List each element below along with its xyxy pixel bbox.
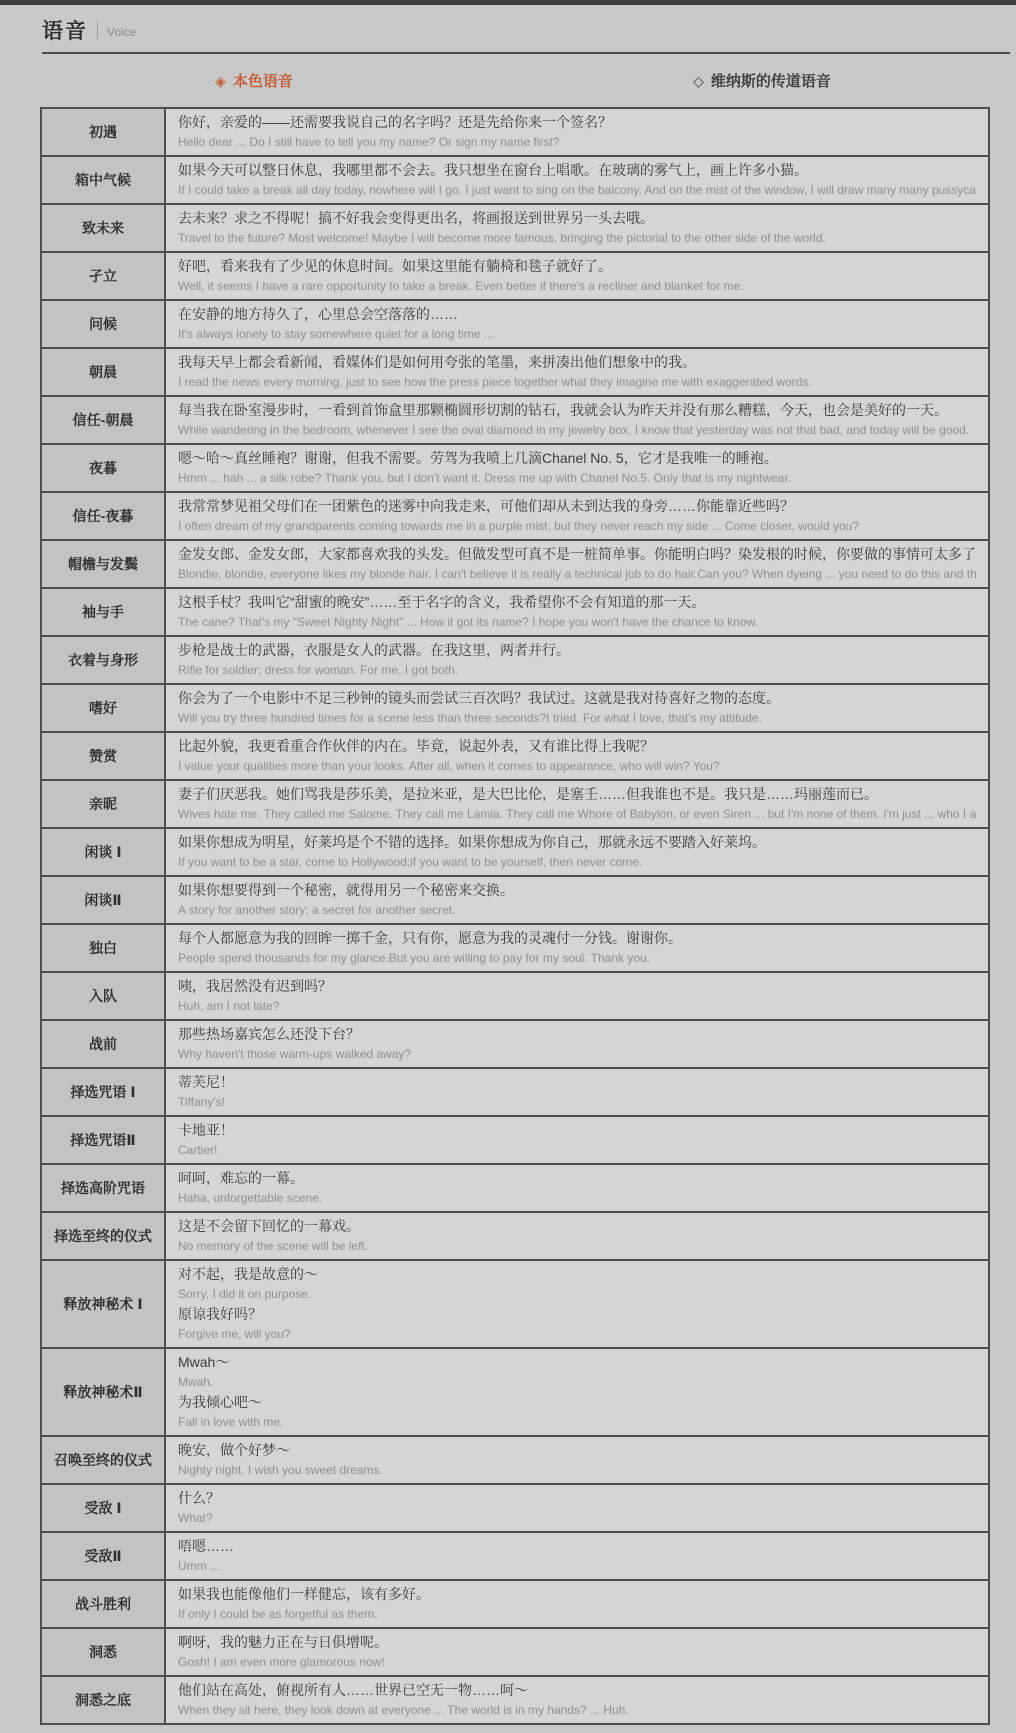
line-en: What?: [178, 1509, 976, 1528]
row-content: 卡地亚！Cartier!: [165, 1116, 989, 1164]
page-top-bar: [0, 0, 1016, 5]
table-row: 信任-夜暮 我常常梦见祖父母们在一团紫色的迷雾中向我走来，可他们却从未到达我的身…: [41, 492, 989, 540]
line-en: It's always lonely to stay somewhere qui…: [178, 325, 976, 344]
line-zh: 如果你想要得到一个秘密，就得用另一个秘密来交换。: [178, 880, 976, 901]
line-zh: 什么？: [178, 1488, 976, 1509]
line-en: No memory of the scene will be left.: [178, 1237, 976, 1256]
row-label: 亲昵: [41, 780, 165, 828]
row-label: 孑立: [41, 252, 165, 300]
line-en: People spend thousands for my glance.But…: [178, 949, 976, 968]
row-label: 召唤至终的仪式: [41, 1436, 165, 1484]
table-row: 入队 咦，我居然没有迟到吗？Huh, am I not late?: [41, 972, 989, 1020]
line-zh: 好吧，看来我有了少见的休息时间。如果这里能有躺椅和毯子就好了。: [178, 256, 976, 277]
table-row: 闲谈 Ⅰ 如果你想成为明星，好莱坞是个不错的选择。如果你想成为你自己，那就永远不…: [41, 828, 989, 876]
line-en: Tiffany's!: [178, 1093, 976, 1112]
row-content: 如果今天可以整日休息，我哪里都不会去。我只想坐在窗台上唱歌。在玻璃的雾气上，画上…: [165, 156, 989, 204]
row-content: 比起外貌，我更看重合作伙伴的内在。毕竟，说起外表，又有谁比得上我呢？I valu…: [165, 732, 989, 780]
tab-original-voice-label: 本色语音: [233, 73, 293, 90]
row-label: 箱中气候: [41, 156, 165, 204]
row-label: 闲谈 Ⅰ: [41, 828, 165, 876]
row-label: 洞悉之底: [41, 1676, 165, 1724]
table-row: 亲昵 妻子们厌恶我。她们骂我是莎乐美，是拉米亚，是大巴比伦，是塞壬……但我谁也不…: [41, 780, 989, 828]
row-content: Mwah～Mwah.为我倾心吧～Fall in love with me.: [165, 1348, 989, 1436]
row-label: 初遇: [41, 108, 165, 156]
row-label: 赞赏: [41, 732, 165, 780]
row-content: 在安静的地方待久了，心里总会空落落的……It's always lonely t…: [165, 300, 989, 348]
table-row: 闲谈Ⅱ 如果你想要得到一个秘密，就得用另一个秘密来交换。A story for …: [41, 876, 989, 924]
row-content: 我每天早上都会看新闻，看媒体们是如何用夸张的笔墨，来拼凑出他们想象中的我。I r…: [165, 348, 989, 396]
line-en: A story for another story; a secret for …: [178, 901, 976, 920]
line-en: Wives hate me. They called me Salome. Th…: [178, 805, 976, 824]
row-label: 释放神秘术Ⅱ: [41, 1348, 165, 1436]
line-zh: 比起外貌，我更看重合作伙伴的内在。毕竟，说起外表，又有谁比得上我呢？: [178, 736, 976, 757]
voice-tabs: ◈本色语音 ◇维纳斯的传道语音: [0, 54, 1016, 103]
line-en: Blondie, blondie, everyone likes my blon…: [178, 565, 976, 584]
line-zh: 卡地亚！: [178, 1120, 976, 1141]
line-zh: 如果我也能像他们一样健忘，该有多好。: [178, 1584, 976, 1605]
row-content: 啊呀，我的魅力正在与日俱增呢。Gosh! I am even more glam…: [165, 1628, 989, 1676]
line-zh: 金发女郎、金发女郎，大家都喜欢我的头发。但做发型可真不是一桩简单事。你能明白吗？…: [178, 544, 976, 565]
line-en: Gosh! I am even more glamorous now!: [178, 1653, 976, 1672]
tab-venus-voice[interactable]: ◇维纳斯的传道语音: [508, 70, 1016, 91]
table-row: 独白 每个人都愿意为我的回眸一掷千金，只有你，愿意为我的灵魂付一分钱。谢谢你。P…: [41, 924, 989, 972]
row-content: 蒂芙尼！Tiffany's!: [165, 1068, 989, 1116]
row-label: 独白: [41, 924, 165, 972]
line-zh: 嗯～哈～真丝睡袍？谢谢，但我不需要。劳驾为我喷上几滴Chanel No. 5，它…: [178, 448, 976, 469]
line-en: If you want to be a star, come to Hollyw…: [178, 853, 976, 872]
row-content: 步枪是战士的武器，衣服是女人的武器。在我这里，两者并行。Rifle for so…: [165, 636, 989, 684]
row-content: 什么？What?: [165, 1484, 989, 1532]
row-label: 袖与手: [41, 588, 165, 636]
voice-table: 初遇 你好，亲爱的——还需要我说自己的名字吗？还是先给你来一个签名？Hello …: [40, 107, 990, 1725]
row-label: 受敌 Ⅰ: [41, 1484, 165, 1532]
line-zh: 我常常梦见祖父母们在一团紫色的迷雾中向我走来，可他们却从未到达我的身旁……你能靠…: [178, 496, 976, 517]
row-label: 帽檐与发鬓: [41, 540, 165, 588]
line-zh: 你会为了一个电影中不足三秒钟的镜头而尝试三百次吗？我试过。这就是我对待喜好之物的…: [178, 688, 976, 709]
row-content: 呵呵，难忘的一幕。Haha, unforgettable scene.: [165, 1164, 989, 1212]
line-zh: Mwah～: [178, 1352, 976, 1373]
row-content: 妻子们厌恶我。她们骂我是莎乐美，是拉米亚，是大巴比伦，是塞壬……但我谁也不是。我…: [165, 780, 989, 828]
line-zh: 为我倾心吧～: [178, 1392, 976, 1413]
row-content: 咦，我居然没有迟到吗？Huh, am I not late?: [165, 972, 989, 1020]
table-row: 朝晨 我每天早上都会看新闻，看媒体们是如何用夸张的笔墨，来拼凑出他们想象中的我。…: [41, 348, 989, 396]
row-content: 如果我也能像他们一样健忘，该有多好。If only I could be as …: [165, 1580, 989, 1628]
row-label: 择选咒语 Ⅰ: [41, 1068, 165, 1116]
line-en: The cane? That's my "Sweet Nighty Night"…: [178, 613, 976, 632]
row-label: 信任-夜暮: [41, 492, 165, 540]
hollow-diamond-icon: ◇: [693, 73, 704, 89]
line-en: Sorry, I did it on purpose.: [178, 1285, 976, 1304]
line-zh: 那些热场嘉宾怎么还没下台？: [178, 1024, 976, 1045]
line-zh: 在安静的地方待久了，心里总会空落落的……: [178, 304, 976, 325]
table-row: 择选高阶咒语 呵呵，难忘的一幕。Haha, unforgettable scen…: [41, 1164, 989, 1212]
table-row: 箱中气候 如果今天可以整日休息，我哪里都不会去。我只想坐在窗台上唱歌。在玻璃的雾…: [41, 156, 989, 204]
table-row: 信任-朝晨 每当我在卧室漫步时，一看到首饰盒里那颗椭圆形切割的钻石，我就会认为昨…: [41, 396, 989, 444]
line-zh: 步枪是战士的武器，衣服是女人的武器。在我这里，两者并行。: [178, 640, 976, 661]
line-zh: 啊呀，我的魅力正在与日俱增呢。: [178, 1632, 976, 1653]
row-content: 对不起，我是故意的～Sorry, I did it on purpose.原谅我…: [165, 1260, 989, 1348]
row-label: 朝晨: [41, 348, 165, 396]
table-row: 战前 那些热场嘉宾怎么还没下台？Why haven't those warm-u…: [41, 1020, 989, 1068]
row-label: 嗜好: [41, 684, 165, 732]
line-en: Haha, unforgettable scene.: [178, 1189, 976, 1208]
line-zh: 我每天早上都会看新闻，看媒体们是如何用夸张的笔墨，来拼凑出他们想象中的我。: [178, 352, 976, 373]
row-label: 致未来: [41, 204, 165, 252]
row-content: 如果你想成为明星，好莱坞是个不错的选择。如果你想成为你自己，那就永远不要踏入好莱…: [165, 828, 989, 876]
line-en: If only I could be as forgetful as them.: [178, 1605, 976, 1624]
line-en: Rifle for soldier; dress for woman. For …: [178, 661, 976, 680]
line-zh: 如果你想成为明星，好莱坞是个不错的选择。如果你想成为你自己，那就永远不要踏入好莱…: [178, 832, 976, 853]
line-en: When they sit here, they look down at ev…: [178, 1701, 976, 1720]
line-en: Cartier!: [178, 1141, 976, 1160]
row-label: 受敌Ⅱ: [41, 1532, 165, 1580]
line-zh: 咦，我居然没有迟到吗？: [178, 976, 976, 997]
line-zh: 这是不会留下回忆的一幕戏。: [178, 1216, 976, 1237]
row-content: 这根手杖？我叫它“甜蜜的晚安”……至于名字的含义，我希望你不会有知道的那一天。T…: [165, 588, 989, 636]
table-row: 释放神秘术Ⅱ Mwah～Mwah.为我倾心吧～Fall in love with…: [41, 1348, 989, 1436]
table-row: 择选至终的仪式 这是不会留下回忆的一幕戏。No memory of the sc…: [41, 1212, 989, 1260]
row-content: 如果你想要得到一个秘密，就得用另一个秘密来交换。A story for anot…: [165, 876, 989, 924]
row-label: 战前: [41, 1020, 165, 1068]
table-row: 问候 在安静的地方待久了，心里总会空落落的……It's always lonel…: [41, 300, 989, 348]
row-content: 去未来？求之不得呢！搞不好我会变得更出名，将画报送到世界另一头去哦。Travel…: [165, 204, 989, 252]
line-zh: 唔嗯……: [178, 1536, 976, 1557]
line-en: Mwah.: [178, 1373, 976, 1392]
row-label: 释放神秘术 Ⅰ: [41, 1260, 165, 1348]
table-row: 释放神秘术 Ⅰ 对不起，我是故意的～Sorry, I did it on pur…: [41, 1260, 989, 1348]
table-row: 受敌Ⅱ 唔嗯……Umm ...: [41, 1532, 989, 1580]
line-zh: 原谅我好吗？: [178, 1304, 976, 1325]
row-label: 择选高阶咒语: [41, 1164, 165, 1212]
table-row: 衣着与身形 步枪是战士的武器，衣服是女人的武器。在我这里，两者并行。Rifle …: [41, 636, 989, 684]
line-zh: 你好，亲爱的——还需要我说自己的名字吗？还是先给你来一个签名？: [178, 112, 976, 133]
line-en: Hello dear ... Do I still have to tell y…: [178, 133, 976, 152]
filled-diamond-icon: ◈: [215, 73, 226, 89]
table-row: 初遇 你好，亲爱的——还需要我说自己的名字吗？还是先给你来一个签名？Hello …: [41, 108, 989, 156]
row-label: 入队: [41, 972, 165, 1020]
line-en: Nighty night. I wish you sweet dreams.: [178, 1461, 976, 1480]
page-title-subtitle: Voice: [107, 25, 136, 39]
table-row: 洞悉 啊呀，我的魅力正在与日俱增呢。Gosh! I am even more g…: [41, 1628, 989, 1676]
table-row: 致未来 去未来？求之不得呢！搞不好我会变得更出名，将画报送到世界另一头去哦。Tr…: [41, 204, 989, 252]
row-content: 晚安，做个好梦～Nighty night. I wish you sweet d…: [165, 1436, 989, 1484]
row-content: 金发女郎、金发女郎，大家都喜欢我的头发。但做发型可真不是一桩简单事。你能明白吗？…: [165, 540, 989, 588]
row-label: 闲谈Ⅱ: [41, 876, 165, 924]
row-label: 择选至终的仪式: [41, 1212, 165, 1260]
row-content: 你会为了一个电影中不足三秒钟的镜头而尝试三百次吗？我试过。这就是我对待喜好之物的…: [165, 684, 989, 732]
line-en: Umm ...: [178, 1557, 976, 1576]
line-zh: 妻子们厌恶我。她们骂我是莎乐美，是拉米亚，是大巴比伦，是塞壬……但我谁也不是。我…: [178, 784, 976, 805]
row-content: 那些热场嘉宾怎么还没下台？Why haven't those warm-ups …: [165, 1020, 989, 1068]
tab-venus-voice-label: 维纳斯的传道语音: [711, 73, 831, 90]
line-zh: 对不起，我是故意的～: [178, 1264, 976, 1285]
line-en: Why haven't those warm-ups walked away?: [178, 1045, 976, 1064]
row-label: 洞悉: [41, 1628, 165, 1676]
table-row: 袖与手 这根手杖？我叫它“甜蜜的晚安”……至于名字的含义，我希望你不会有知道的那…: [41, 588, 989, 636]
line-en: Hmm ... hah ... a silk robe? Thank you, …: [178, 469, 976, 488]
page-title: 语音: [42, 15, 88, 45]
line-en: Travel to the future? Most welcome! Mayb…: [178, 229, 976, 248]
table-row: 夜暮 嗯～哈～真丝睡袍？谢谢，但我不需要。劳驾为我喷上几滴Chanel No. …: [41, 444, 989, 492]
row-label: 问候: [41, 300, 165, 348]
row-content: 每个人都愿意为我的回眸一掷千金，只有你，愿意为我的灵魂付一分钱。谢谢你。Peop…: [165, 924, 989, 972]
line-zh: 呵呵，难忘的一幕。: [178, 1168, 976, 1189]
voice-table-body: 初遇 你好，亲爱的——还需要我说自己的名字吗？还是先给你来一个签名？Hello …: [41, 108, 989, 1724]
row-content: 好吧，看来我有了少见的休息时间。如果这里能有躺椅和毯子就好了。Well, it …: [165, 252, 989, 300]
line-zh: 晚安，做个好梦～: [178, 1440, 976, 1461]
title-divider: [97, 22, 98, 39]
table-row: 战斗胜利 如果我也能像他们一样健忘，该有多好。If only I could b…: [41, 1580, 989, 1628]
line-zh: 这根手杖？我叫它“甜蜜的晚安”……至于名字的含义，我希望你不会有知道的那一天。: [178, 592, 976, 613]
line-zh: 他们站在高处，俯视所有人……世界已空无一物……呵～: [178, 1680, 976, 1701]
line-zh: 去未来？求之不得呢！搞不好我会变得更出名，将画报送到世界另一头去哦。: [178, 208, 976, 229]
row-content: 这是不会留下回忆的一幕戏。No memory of the scene will…: [165, 1212, 989, 1260]
table-row: 洞悉之底 他们站在高处，俯视所有人……世界已空无一物……呵～When they …: [41, 1676, 989, 1724]
line-zh: 每个人都愿意为我的回眸一掷千金，只有你，愿意为我的灵魂付一分钱。谢谢你。: [178, 928, 976, 949]
line-en: Will you try three hundred times for a s…: [178, 709, 976, 728]
line-en: If I could take a break all day today, n…: [178, 181, 976, 200]
row-content: 我常常梦见祖父母们在一团紫色的迷雾中向我走来，可他们却从未到达我的身旁……你能靠…: [165, 492, 989, 540]
row-label: 衣着与身形: [41, 636, 165, 684]
table-row: 帽檐与发鬓 金发女郎、金发女郎，大家都喜欢我的头发。但做发型可真不是一桩简单事。…: [41, 540, 989, 588]
table-row: 赞赏 比起外貌，我更看重合作伙伴的内在。毕竟，说起外表，又有谁比得上我呢？I v…: [41, 732, 989, 780]
row-label: 夜暮: [41, 444, 165, 492]
row-content: 唔嗯……Umm ...: [165, 1532, 989, 1580]
tab-original-voice[interactable]: ◈本色语音: [0, 70, 508, 91]
table-row: 孑立 好吧，看来我有了少见的休息时间。如果这里能有躺椅和毯子就好了。Well, …: [41, 252, 989, 300]
line-en: Well, it seems I have a rare opportunity…: [178, 277, 976, 296]
row-label: 信任-朝晨: [41, 396, 165, 444]
row-content: 你好，亲爱的——还需要我说自己的名字吗？还是先给你来一个签名？Hello dea…: [165, 108, 989, 156]
line-en: I read the news every morning, just to s…: [178, 373, 976, 392]
table-row: 受敌 Ⅰ 什么？What?: [41, 1484, 989, 1532]
table-row: 嗜好 你会为了一个电影中不足三秒钟的镜头而尝试三百次吗？我试过。这就是我对待喜好…: [41, 684, 989, 732]
line-en: Huh, am I not late?: [178, 997, 976, 1016]
row-content: 嗯～哈～真丝睡袍？谢谢，但我不需要。劳驾为我喷上几滴Chanel No. 5，它…: [165, 444, 989, 492]
row-content: 每当我在卧室漫步时，一看到首饰盒里那颗椭圆形切割的钻石，我就会认为昨天并没有那么…: [165, 396, 989, 444]
table-row: 择选咒语Ⅱ 卡地亚！Cartier!: [41, 1116, 989, 1164]
row-content: 他们站在高处，俯视所有人……世界已空无一物……呵～When they sit h…: [165, 1676, 989, 1724]
row-label: 择选咒语Ⅱ: [41, 1116, 165, 1164]
line-en: I value your qualities more than your lo…: [178, 757, 976, 776]
line-zh: 每当我在卧室漫步时，一看到首饰盒里那颗椭圆形切割的钻石，我就会认为昨天并没有那么…: [178, 400, 976, 421]
line-en: Fall in love with me.: [178, 1413, 976, 1432]
line-en: While wandering in the bedroom, whenever…: [178, 421, 976, 440]
line-en: I often dream of my grandparents coming …: [178, 517, 976, 536]
row-label: 战斗胜利: [41, 1580, 165, 1628]
table-row: 择选咒语 Ⅰ 蒂芙尼！Tiffany's!: [41, 1068, 989, 1116]
table-row: 召唤至终的仪式 晚安，做个好梦～Nighty night. I wish you…: [41, 1436, 989, 1484]
line-en: Forgive me, will you?: [178, 1325, 976, 1344]
page-header: 语音 Voice: [42, 15, 1010, 54]
line-zh: 蒂芙尼！: [178, 1072, 976, 1093]
line-zh: 如果今天可以整日休息，我哪里都不会去。我只想坐在窗台上唱歌。在玻璃的雾气上，画上…: [178, 160, 976, 181]
